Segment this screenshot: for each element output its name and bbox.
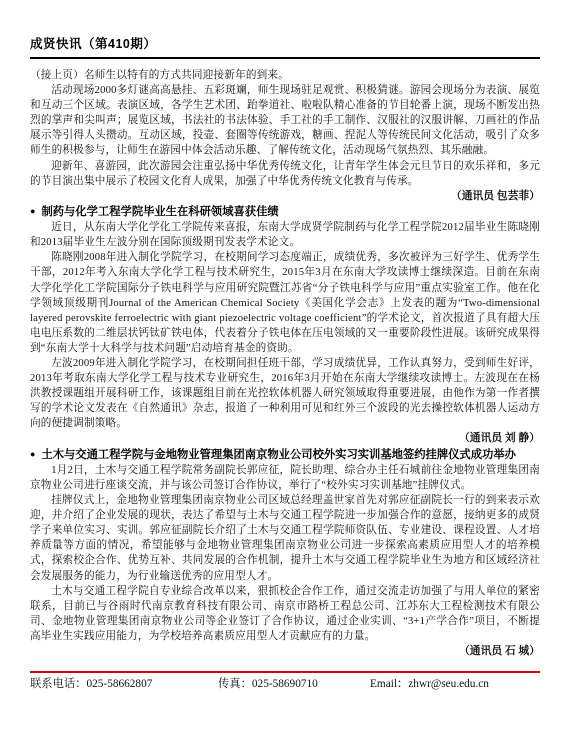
paragraph: 陈晓刚2008年进入制化学院学习，在校期间学习态度端正，成绩优秀，多次被评为三好…	[30, 250, 540, 356]
paragraph: 迎新年、喜游园，此次游园会注重弘扬中华优秀传统文化，让青年学生体会元旦节日的欢乐…	[30, 159, 540, 189]
newsletter-title: 成贤快讯（第410期）	[30, 34, 540, 52]
footer-contact-row: 联系电话：025-58662807 传真：025-58690710 Email：…	[30, 677, 540, 692]
contact-phone: 联系电话：025-58662807	[30, 677, 218, 692]
contact-fax: 传真：025-58690710	[218, 677, 370, 692]
correspondent-byline: （通讯员 刘 静）	[30, 431, 540, 446]
article-signing-ceremony: ●土木与交通工程学院与金地物业管理集团南京物业公司校外实习实训基地签约挂牌仪式成…	[30, 447, 540, 660]
article-headline-text: 土木与交通工程学院与金地物业管理集团南京物业公司校外实习实训基地签约挂牌仪式成功…	[41, 449, 515, 461]
bullet-icon: ●	[30, 204, 35, 219]
paragraph: 左波2009年进入制化学院学习，在校期间担任班干部，学习成绩优异，工作认真努力，…	[30, 356, 540, 431]
article-headline: ●制药与化学工程学院毕业生在科研领域喜获佳绩	[30, 204, 540, 220]
article-headline-text: 制药与化学工程学院毕业生在科研领域喜获佳绩	[41, 206, 278, 218]
newsletter-page: 成贤快讯（第410期） （接上页）名师生以特有的方式共同迎接新年的到来。 活动现…	[0, 0, 569, 734]
masthead: 成贤快讯（第410期）	[30, 34, 540, 59]
paragraph: 活动现场2000多灯谜高高悬挂、五彩斑斓，师生现场驻足观赏、积极猜谜。游园会现场…	[30, 83, 540, 158]
paragraph: （接上页）名师生以特有的方式共同迎接新年的到来。	[30, 68, 540, 83]
paragraph: 土木与交通工程学院自专业综合改革以来，狠抓校企合作工作，通过交流走访加强了与用人…	[30, 584, 540, 644]
contact-footer: 联系电话：025-58662807 传真：025-58690710 Email：…	[30, 671, 540, 692]
contact-email: Email：zhwr@seu.edu.cn	[370, 677, 540, 692]
footer-rule	[30, 671, 540, 673]
paragraph: 近日，从东南大学化学化工学院传来喜报，东南大学成贤学院制药与化学工程学院2012…	[30, 220, 540, 250]
newsletter-body: （接上页）名师生以特有的方式共同迎接新年的到来。 活动现场2000多灯谜高高悬挂…	[30, 68, 540, 669]
article-research-achievement: ●制药与化学工程学院毕业生在科研领域喜获佳绩 近日，从东南大学化学化工学院传来喜…	[30, 204, 540, 447]
correspondent-byline: （通讯员 包芸菲）	[30, 189, 540, 204]
article-headline: ●土木与交通工程学院与金地物业管理集团南京物业公司校外实习实训基地签约挂牌仪式成…	[30, 447, 540, 463]
article-new-year-gala: （接上页）名师生以特有的方式共同迎接新年的到来。 活动现场2000多灯谜高高悬挂…	[30, 68, 540, 204]
paragraph: 挂牌仪式上，金地物业管理集团南京物业公司区域总经理盖世家首先对郭应征副院长一行的…	[30, 493, 540, 584]
paragraph: 1月2日，土木与交通工程学院常务副院长郭应征，院长助理、综合办主任石城前往金地物…	[30, 463, 540, 493]
correspondent-byline: （通讯员 石 城）	[30, 644, 540, 659]
bullet-icon: ●	[30, 447, 35, 462]
